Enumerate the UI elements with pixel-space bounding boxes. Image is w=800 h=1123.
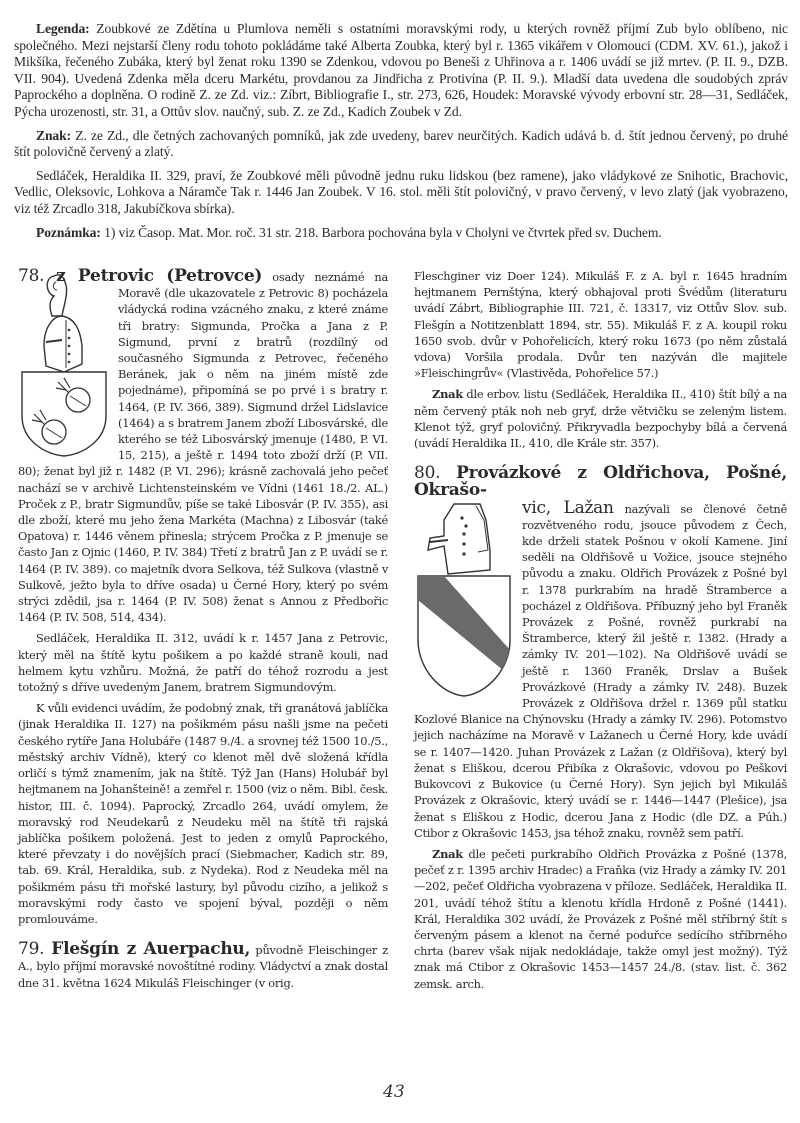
entry-80-heading: 80. Provázkové z Oldřichova, Pošné, Okra… [414,463,787,500]
poznamka-paragraph: Poznámka: 1) viz Časop. Mat. Mor. roč. 3… [14,225,788,242]
legend-text: Zoubkové ze Zdětína u Plumlova neměli s … [14,21,788,119]
petrovic-coat-of-arms-icon [18,268,110,458]
entry-78-evidence-paragraph: K vůli evidenci uvádím, že podobný znak,… [18,700,388,927]
entry-79-znak-text: dle erbov. listu (Sedláček, Heraldika II… [414,387,787,450]
legend-paragraph: Legenda: Zoubkové ze Zdětína u Plumlova … [14,0,788,121]
poznamka-text: 1) viz Časop. Mat. Mor. roč. 31 str. 218… [104,225,661,240]
entry-80-title-line2: vic, Lažan [522,498,614,518]
entry-79-intro-paragraph: 79. Flešgín z Auerpachu, původně Fleisch… [18,941,388,991]
left-column: 78. z Petrovic (Petrovce) osady neznámé … [18,268,388,991]
entry-79-title: Flešgín z Auerpachu, [51,939,250,959]
entry-80-znak-text: dle pečeti purkrabího Oldřich Provázka z… [414,847,787,991]
znak-label: Znak: [36,128,71,143]
provazek-coat-of-arms-icon [414,500,514,700]
entry-80-intro-paragraph: 80. Provázkové z Oldřichova, Pošné, Okra… [414,465,787,841]
right-column: Fleschginer viz Doer 124). Mikuláš F. z … [414,268,787,992]
entry-80-title-line1: Provázkové z Oldřichova, Pošné, Okrašo- [414,463,787,500]
sedlacek-paragraph: Sedláček, Heraldika II. 329, praví, že Z… [14,168,788,218]
entry-80-znak-label: Znak [432,847,463,861]
entry-78-heading: 78. z Petrovic (Petrovce) [18,266,262,286]
entry-78-sedlacek-paragraph: Sedláček, Heraldika II. 312, uvádí k r. … [18,630,388,695]
poznamka-label: Poznámka: [36,225,101,240]
znak-paragraph: Znak: Z. ze Zd., dle četných zachovaných… [14,128,788,161]
entry-79-continuation: Fleschginer viz Doer 124). Mikuláš F. z … [414,268,787,381]
entry-78-number: 78. [18,266,44,286]
entry-78-title: z Petrovic (Petrovce) [56,266,262,286]
znak-text: Z. ze Zd., dle četných zachovaných pomní… [14,128,788,160]
entry-78-intro-paragraph: 78. z Petrovic (Petrovce) osady neznámé … [18,268,388,625]
entry-79-znak-paragraph: Znak dle erbov. listu (Sedláček, Heraldi… [414,386,787,451]
entry-80-znak-paragraph: Znak dle pečeti purkrabího Oldřich Prová… [414,846,787,992]
entry-79-number: 79. [18,939,44,959]
entry-79-heading: 79. Flešgín z Auerpachu, [18,939,250,959]
page-number: 43 [383,1082,405,1102]
top-section: Legenda: Zoubkové ze Zdětína u Plumlova … [14,0,788,241]
entry-79-znak-label: Znak [432,387,463,401]
legend-label: Legenda: [36,21,90,36]
